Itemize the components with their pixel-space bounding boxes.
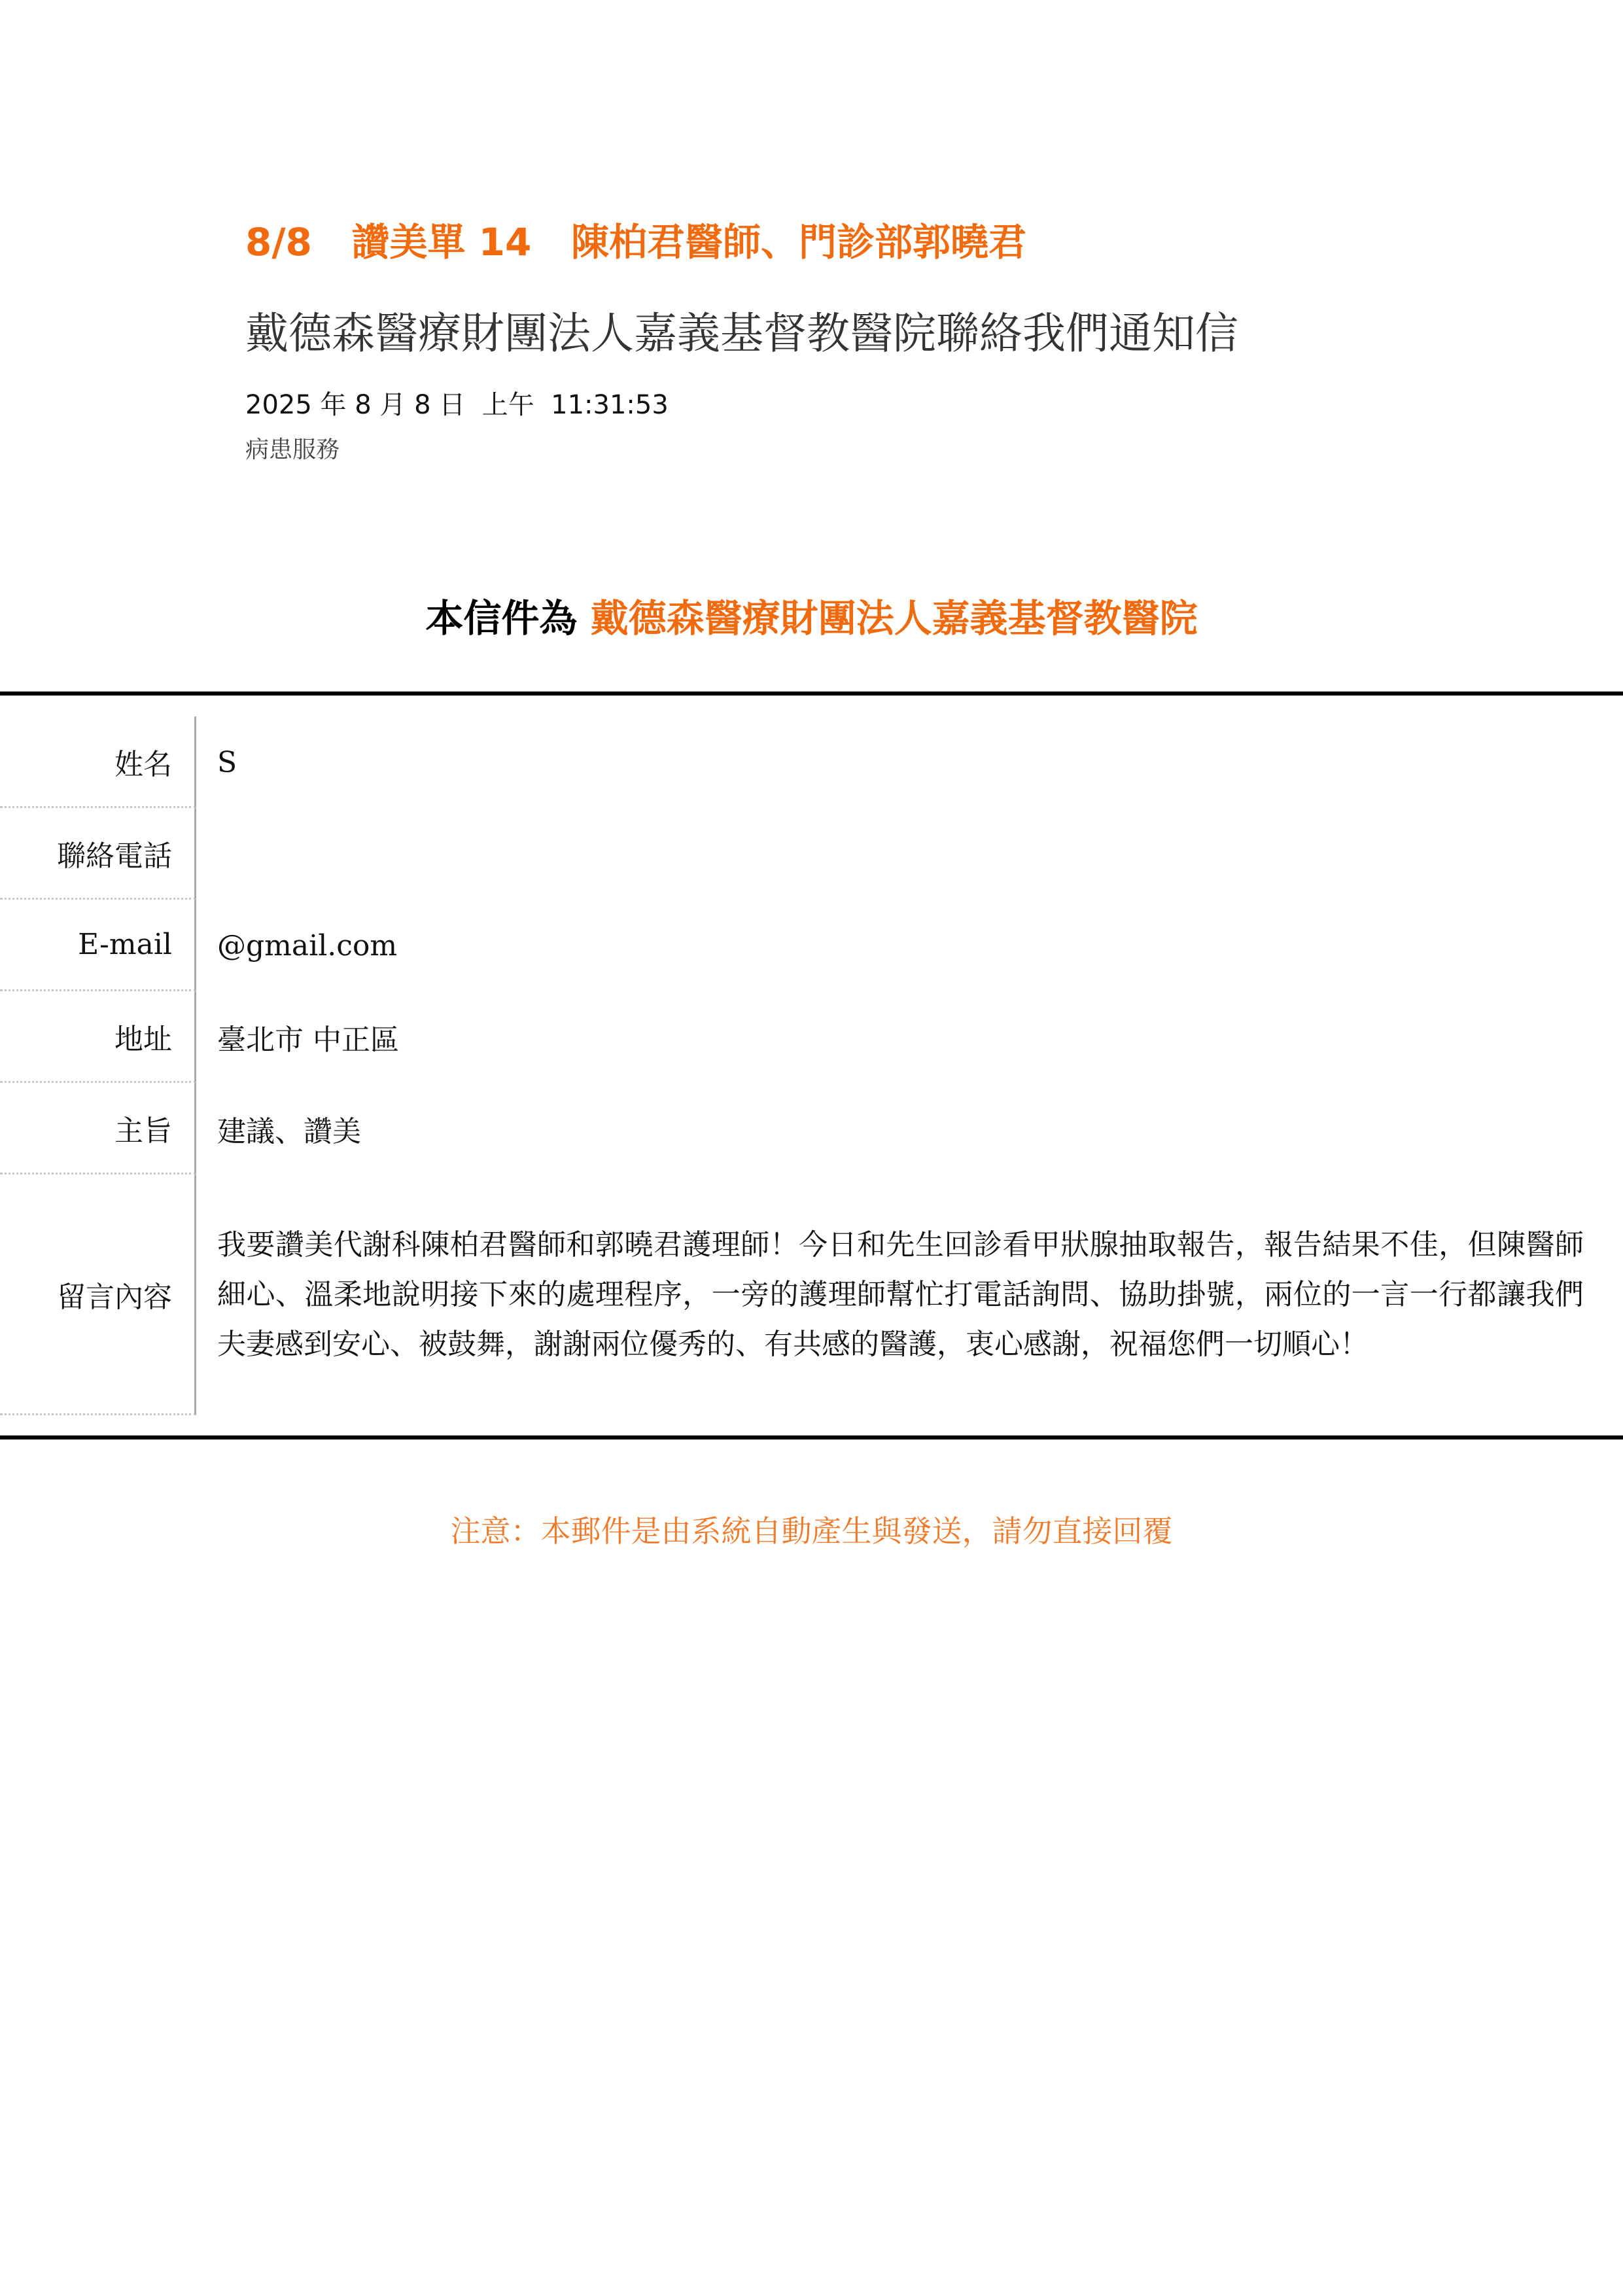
form-value: S bbox=[196, 716, 1623, 808]
form-label: E-mail bbox=[0, 900, 196, 991]
form-label: 地址 bbox=[0, 991, 196, 1083]
form-value: 建議、讚美 bbox=[196, 1083, 1623, 1174]
form-row-subject: 主旨 建議、讚美 bbox=[0, 1083, 1623, 1174]
form-row-address: 地址 臺北市 中正區 bbox=[0, 991, 1623, 1083]
email-category: 病患服務 bbox=[245, 434, 1488, 466]
sender-name: 戴德森醫療財團法人嘉義基督教醫院 bbox=[591, 596, 1198, 641]
form-label: 姓名 bbox=[0, 716, 196, 808]
top-rule bbox=[0, 691, 1623, 696]
form-value: 我要讚美代謝科陳柏君醫師和郭曉君護理師！今日和先生回診看甲狀腺抽取報告，報告結果… bbox=[196, 1174, 1623, 1415]
sender-prefix: 本信件為 bbox=[425, 596, 577, 641]
form-value: 臺北市 中正區 bbox=[196, 991, 1623, 1083]
form-row-email: E-mail @gmail.com bbox=[0, 900, 1623, 991]
form-label: 主旨 bbox=[0, 1083, 196, 1174]
message-text: 我要讚美代謝科陳柏君醫師和郭曉君護理師！今日和先生回診看甲狀腺抽取報告，報告結果… bbox=[217, 1220, 1584, 1369]
form-label: 聯絡電話 bbox=[0, 808, 196, 900]
auto-reply-notice: 注意：本郵件是由系統自動產生與發送，請勿直接回覆 bbox=[0, 1508, 1623, 1554]
form-row-phone: 聯絡電話 bbox=[0, 808, 1623, 900]
form-label: 留言內容 bbox=[0, 1174, 196, 1415]
email-subject: 戴德森醫療財團法人嘉義基督教醫院聯絡我們通知信 bbox=[245, 308, 1488, 360]
form-row-message: 留言內容 我要讚美代謝科陳柏君醫師和郭曉君護理師！今日和先生回診看甲狀腺抽取報告… bbox=[0, 1174, 1623, 1415]
email-header: 8/8 讚美單 14 陳柏君醫師、門診部郭曉君 戴德森醫療財團法人嘉義基督教醫院… bbox=[245, 216, 1488, 466]
email-date: 2025 年 8 月 8 日 上午 11:31:53 bbox=[245, 389, 1488, 421]
form-value bbox=[196, 808, 1623, 900]
form-row-name: 姓名 S bbox=[0, 716, 1623, 808]
form-value: @gmail.com bbox=[196, 900, 1623, 991]
bottom-rule bbox=[0, 1435, 1623, 1439]
report-title: 8/8 讚美單 14 陳柏君醫師、門診部郭曉君 bbox=[245, 216, 1488, 268]
contact-form-table: 姓名 S 聯絡電話 E-mail @gmail.com 地址 臺北市 中正區 主… bbox=[0, 716, 1623, 1415]
sender-line: 本信件為 戴德森醫療財團法人嘉義基督教醫院 bbox=[0, 592, 1623, 645]
